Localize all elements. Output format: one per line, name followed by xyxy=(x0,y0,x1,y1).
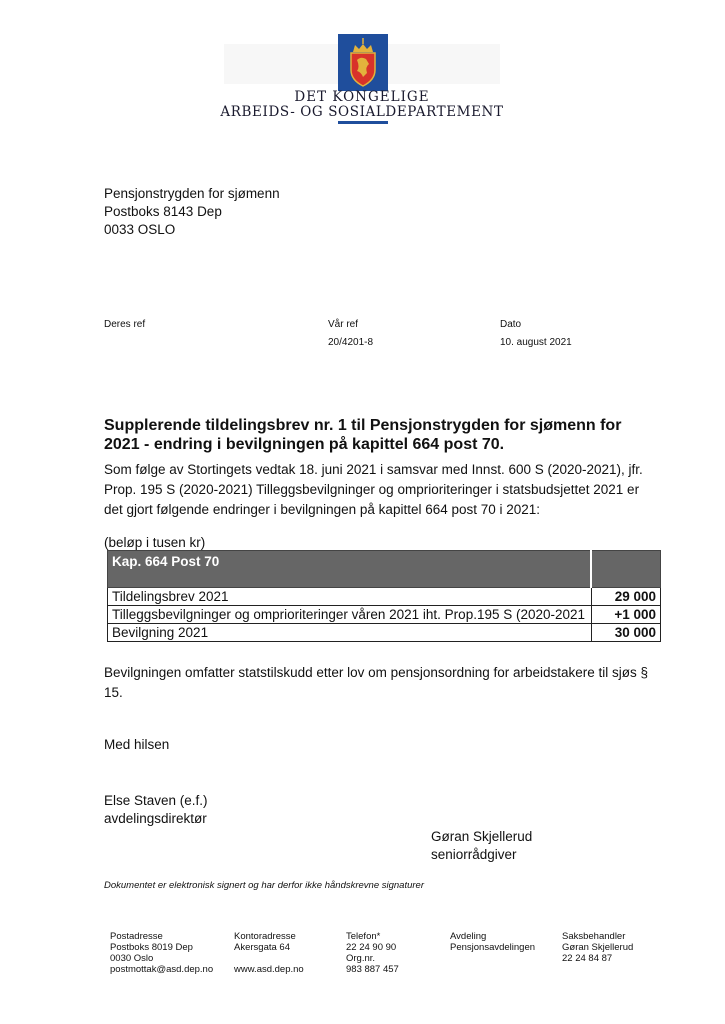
recipient-city: 0033 OSLO xyxy=(104,221,280,239)
footer-postadresse: Postadresse Postboks 8019 Dep 0030 Oslo … xyxy=(110,931,213,975)
footer-label: Postadresse xyxy=(110,931,213,942)
signatory-name: Gøran Skjellerud xyxy=(431,828,532,846)
footer-line: 22 24 90 90 xyxy=(346,942,399,953)
footer-line: Pensjonsavdelingen xyxy=(450,942,535,953)
intro-paragraph: Som følge av Stortingets vedtak 18. juni… xyxy=(104,460,649,520)
table-row: Bevilgning 2021 30 000 xyxy=(108,624,661,642)
footer-saksbehandler: Saksbehandler Gøran Skjellerud 22 24 84 … xyxy=(562,931,633,964)
signatory-primary: Else Staven (e.f.) avdelingsdirektør xyxy=(104,792,208,828)
table-header-amount xyxy=(591,551,661,588)
footer-avdeling: Avdeling Pensjonsavdelingen xyxy=(450,931,535,953)
lion-shield-icon xyxy=(338,34,388,90)
footer-line: 983 887 457 xyxy=(346,964,399,975)
signatory-title: avdelingsdirektør xyxy=(104,810,208,828)
recipient-address: Pensjonstrygden for sjømenn Postboks 814… xyxy=(104,185,280,239)
footer-line: 22 24 84 87 xyxy=(562,953,633,964)
dato-label: Dato xyxy=(500,319,521,330)
table-row: Tildelingsbrev 2021 29 000 xyxy=(108,588,661,606)
footer-line: Org.nr. xyxy=(346,953,399,964)
recipient-street: Postboks 8143 Dep xyxy=(104,203,280,221)
footer-label: Saksbehandler xyxy=(562,931,633,942)
esign-note: Dokumentet er elektronisk signert og har… xyxy=(104,880,424,891)
signatory-title: seniorrådgiver xyxy=(431,846,532,864)
unit-note: (beløp i tusen kr) xyxy=(104,535,205,550)
row-amount: 30 000 xyxy=(591,624,661,642)
letterhead-rule-bottom xyxy=(338,121,388,124)
ministry-name-line2: ARBEIDS- OG SOSIALDEPARTEMENT xyxy=(214,104,510,120)
footer-website[interactable]: www.asd.dep.no xyxy=(234,964,304,975)
coat-of-arms-logo xyxy=(338,34,388,90)
signatory-secondary: Gøran Skjellerud seniorrådgiver xyxy=(431,828,532,864)
row-label: Tilleggsbevilgninger og omprioriteringer… xyxy=(108,606,592,624)
footer-line: Akersgata 64 xyxy=(234,942,304,953)
table-header-row: Kap. 664 Post 70 xyxy=(108,551,661,588)
footer-email[interactable]: postmottak@asd.dep.no xyxy=(110,964,213,975)
footer-line: 0030 Oslo xyxy=(110,953,213,964)
row-amount: 29 000 xyxy=(591,588,661,606)
recipient-name: Pensjonstrygden for sjømenn xyxy=(104,185,280,203)
footer-label: Kontoradresse xyxy=(234,931,304,942)
closing-paragraph: Bevilgningen omfatter statstilskudd ette… xyxy=(104,663,654,703)
footer-line: Postboks 8019 Dep xyxy=(110,942,213,953)
row-label: Tildelingsbrev 2021 xyxy=(108,588,592,606)
row-label: Bevilgning 2021 xyxy=(108,624,592,642)
var-ref-value: 20/4201-8 xyxy=(328,337,373,348)
footer-kontoradresse: Kontoradresse Akersgata 64 www.asd.dep.n… xyxy=(234,931,304,975)
footer-label: Avdeling xyxy=(450,931,535,942)
letter-subject: Supplerende tildelingsbrev nr. 1 til Pen… xyxy=(104,416,644,454)
dato-value: 10. august 2021 xyxy=(500,337,572,348)
ministry-name-line1: DET KONGELIGE xyxy=(224,89,500,105)
deres-ref-label: Deres ref xyxy=(104,319,145,330)
footer-telefon: Telefon* 22 24 90 90 Org.nr. 983 887 457 xyxy=(346,931,399,975)
footer-label: Telefon* xyxy=(346,931,399,942)
footer-line: Gøran Skjellerud xyxy=(562,942,633,953)
signatory-name: Else Staven (e.f.) xyxy=(104,792,208,810)
table-header-label: Kap. 664 Post 70 xyxy=(108,551,592,588)
greeting: Med hilsen xyxy=(104,737,169,752)
row-amount: +1 000 xyxy=(591,606,661,624)
table-row: Tilleggsbevilgninger og omprioriteringer… xyxy=(108,606,661,624)
footer-line xyxy=(234,953,304,964)
allocation-table: Kap. 664 Post 70 Tildelingsbrev 2021 29 … xyxy=(107,550,661,642)
var-ref-label: Vår ref xyxy=(328,319,358,330)
